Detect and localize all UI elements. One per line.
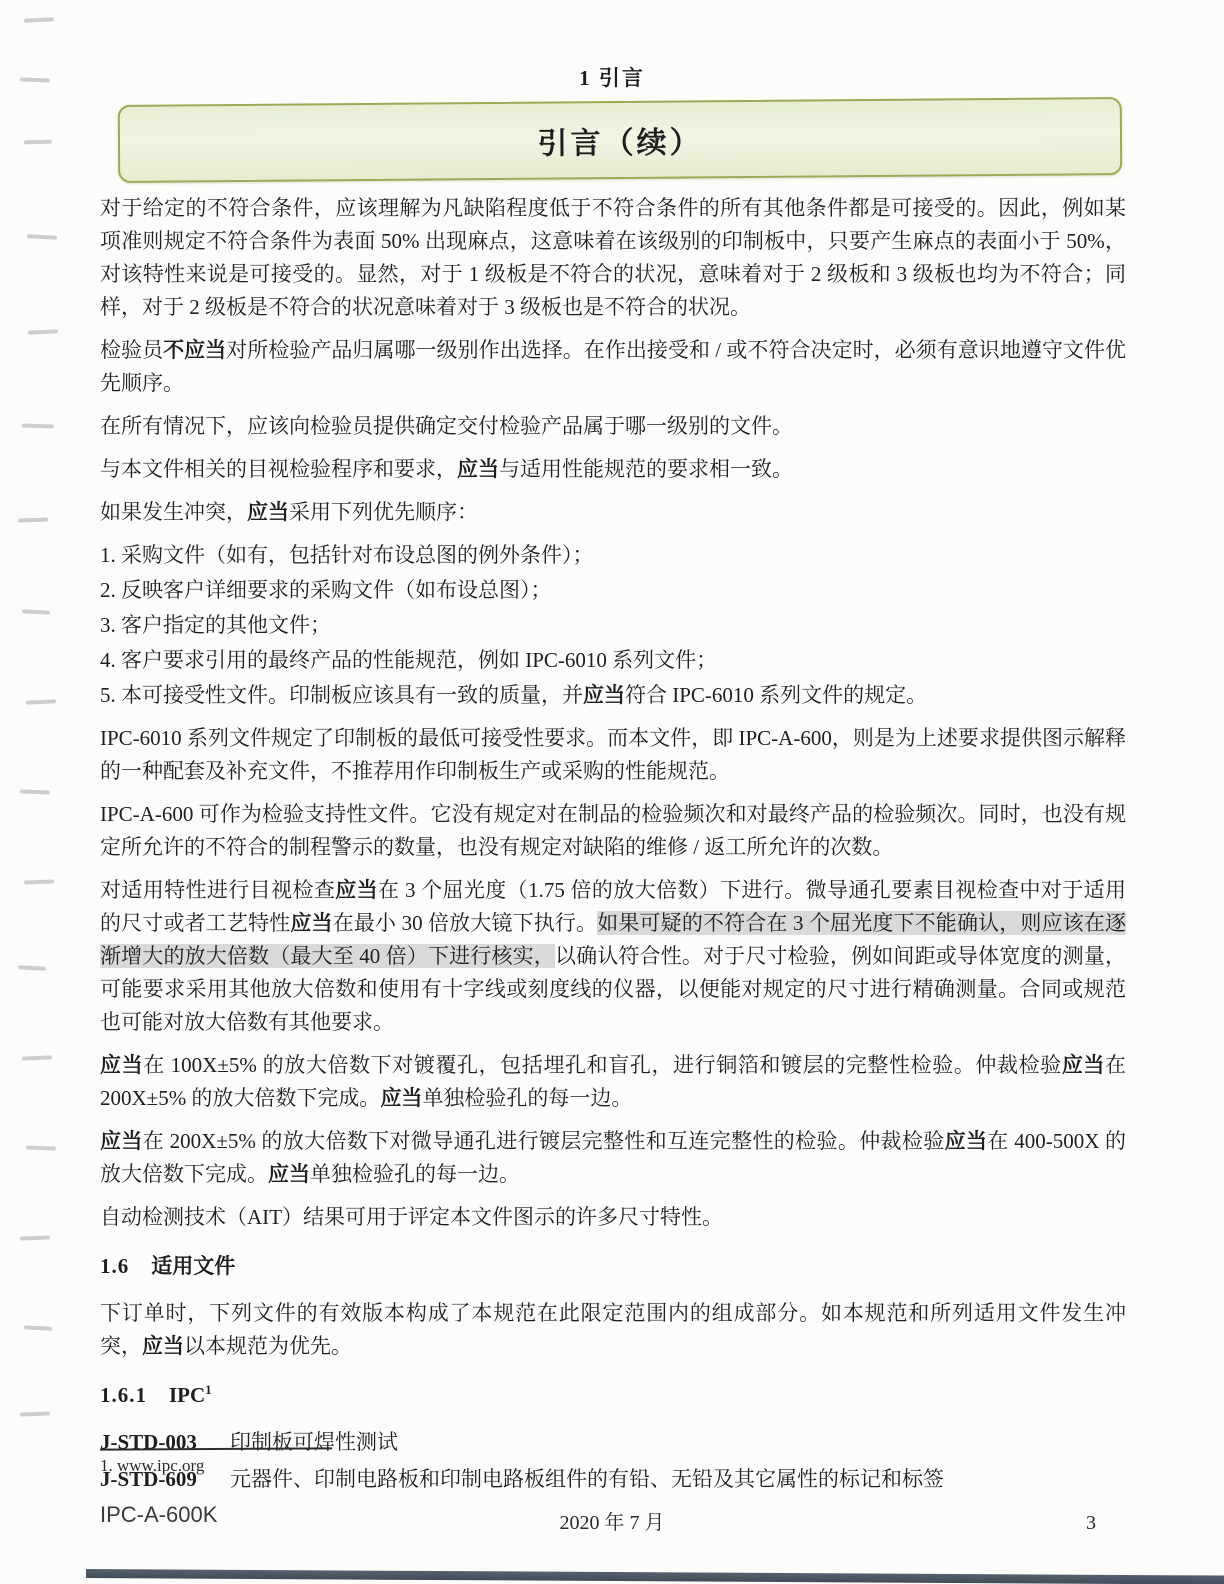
paragraph: 检验员不应当对所检验产品归属哪一级别作出选择。在作出接受和 / 或不符合决定时，… [100,334,1126,400]
paragraph: 对适用特性进行目视检查应当在 3 个屈光度（1.75 倍的放大倍数）下进行。微导… [100,874,1126,1039]
paragraph: 下订单时，下列文件的有效版本构成了本规范在此限定范围内的组成部分。如本规范和所列… [100,1297,1126,1363]
binding-mark [24,140,52,145]
list-item: 1. 采购文件（如有，包括针对布设总图的例外条件）； [100,539,1126,572]
reference-item: J-STD-609 元器件、印制电路板和印制电路板组件的有铅、无铅及其它属性的标… [100,1463,1126,1496]
section-title-banner: 引言（续） [118,97,1123,183]
document-page: 1 引言 引言（续） 对于给定的不符合条件，应该理解为凡缺陷程度低于不符合条件的… [0,0,1224,1584]
binding-mark [24,1325,52,1330]
binding-mark [20,1411,50,1416]
section-title: 引言（续） [537,117,702,162]
precedence-list: 1. 采购文件（如有，包括针对布设总图的例外条件）； 2. 反映客户详细要求的采… [100,539,1126,712]
binding-mark [26,699,56,705]
paragraph: IPC-6010 系列文件规定了印制板的最低可接受性要求。而本文件，即 IPC-… [100,722,1126,788]
binding-mark [24,17,54,23]
paragraph: IPC-A-600 可作为检验支持性文件。它没有规定对在制品的检验频次和对最终产… [100,798,1126,864]
binding-mark [20,1235,50,1240]
paragraph: 应当在 200X±5% 的放大倍数下对微导通孔进行镀层完整性和互连完整性的检验。… [100,1125,1126,1191]
paragraph: 在所有情况下，应该向检验员提供确定交付检验产品属于哪一级别的文件。 [100,410,1126,443]
paragraph: 如果发生冲突，应当采用下列优先顺序： [100,496,1126,529]
binding-mark [22,423,54,428]
paragraph: 应当在 100X±5% 的放大倍数下对镀覆孔，包括埋孔和盲孔，进行铜箔和镀层的完… [100,1049,1126,1115]
footer-page-number: 3 [1086,1512,1096,1535]
reference-title: 印制板可焊性测试 [230,1426,398,1459]
binding-mark [28,329,58,335]
binding-mark [24,879,54,884]
list-item: 2. 反映客户详细要求的采购文件（如布设总图）； [100,574,1126,607]
section-heading-1-6-1: 1.6.1IPC1 [100,1379,1126,1412]
binding-mark [27,234,57,240]
bottom-scan-bar [86,1569,1224,1584]
reference-title: 元器件、印制电路板和印制电路板组件的有铅、无铅及其它属性的标记和标签 [230,1463,944,1496]
list-item: 5. 本可接受性文件。印制板应该具有一致的质量，并应当符合 IPC-6010 系… [100,679,1126,712]
binding-mark [18,965,46,970]
paragraph: 与本文件相关的目视检验程序和要求，应当与适用性能规范的要求相一致。 [100,453,1126,486]
body-content: 对于给定的不符合条件，应该理解为凡缺陷程度低于不符合条件的所有其他条件都是可接受… [100,192,1126,1500]
footnote-text: 1. www.ipc.org [100,1456,204,1476]
reference-code: J-STD-003 [100,1426,230,1459]
paragraph: 自动检测技术（AIT）结果可用于评定本文件图示的许多尺寸特性。 [100,1201,1126,1234]
running-header: 1 引言 [0,62,1224,92]
binding-mark [26,1145,56,1150]
reference-item: J-STD-003 印制板可焊性测试 [100,1426,1126,1459]
paragraph: 对于给定的不符合条件，应该理解为凡缺陷程度低于不符合条件的所有其他条件都是可接受… [100,192,1126,324]
list-item: 4. 客户要求引用的最终产品的性能规范，例如 IPC-6010 系列文件； [100,644,1126,677]
binding-mark [20,789,50,794]
section-heading-1-6: 1.6适用文件 [100,1250,1126,1283]
binding-mark [22,609,50,614]
binding-mark [18,517,48,522]
footnote-marker: 1 [205,1382,212,1397]
list-item: 3. 客户指定的其他文件； [100,609,1126,642]
footer-date: 2020 年 7 月 [0,1506,1224,1535]
binding-mark [22,1055,52,1061]
